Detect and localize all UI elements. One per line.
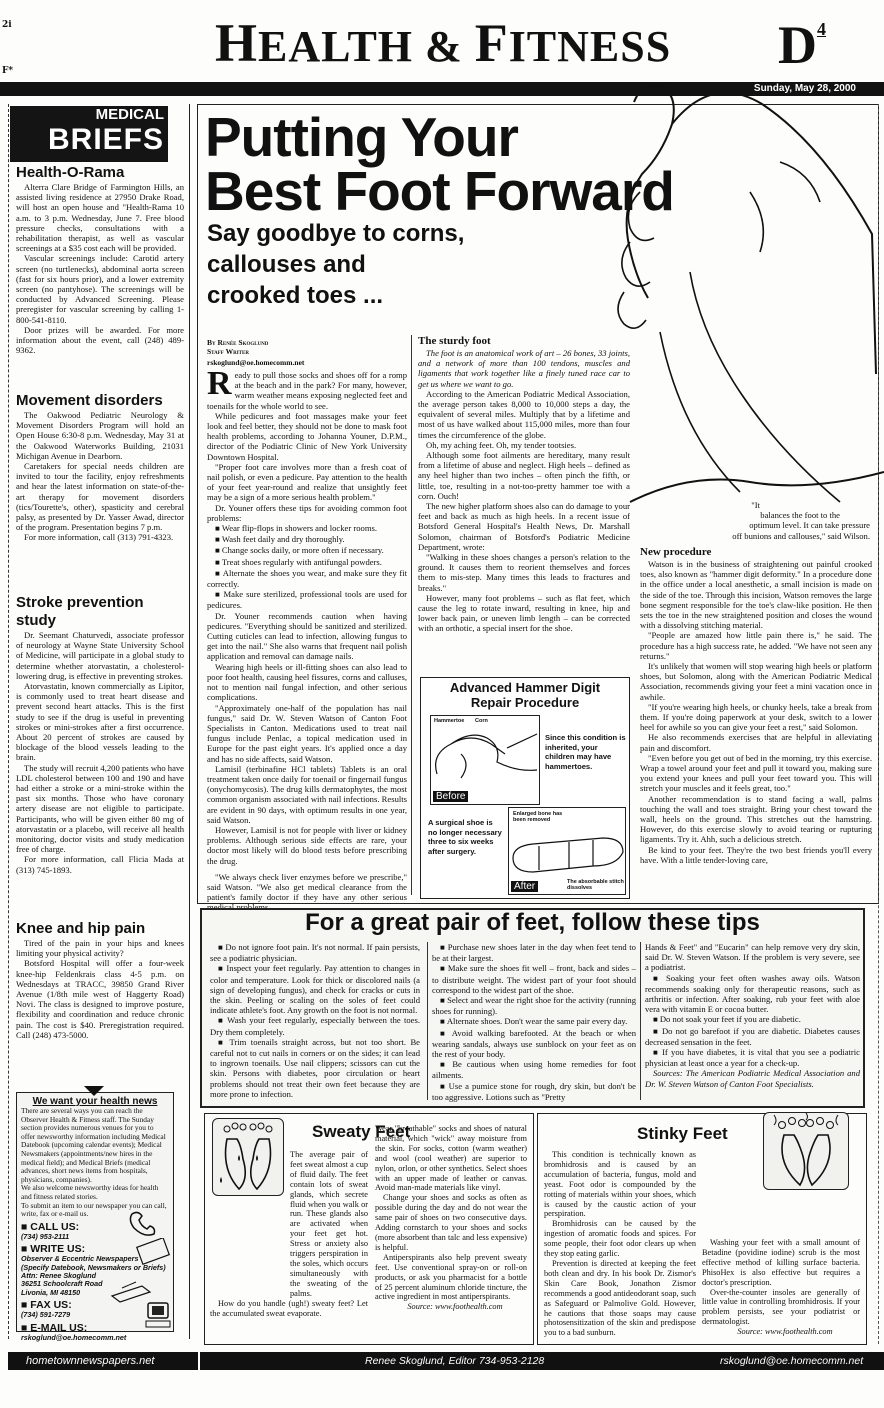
- brief-paragraph: Alterra Clare Bridge of Farmington Hills…: [16, 182, 184, 253]
- brief-movement-disorders: Movement disorders The Oakwood Pediatric…: [16, 392, 184, 543]
- story-paragraph: According to the American Podiatric Medi…: [418, 389, 630, 440]
- story-paragraph: He also recommends exercises that are he…: [640, 732, 872, 752]
- tip-item: Select and wear the right shoe for the a…: [432, 995, 636, 1016]
- margin-mark: F*: [2, 66, 13, 76]
- before-tag: Before: [433, 791, 468, 802]
- subhead-line: crooked toes ...: [207, 280, 464, 311]
- story-paragraph: "Proper foot care involves more than a f…: [207, 462, 407, 503]
- stinky-paragraph: Over-the-counter insoles are generally o…: [702, 1288, 860, 1328]
- brief-paragraph: Door prizes will be awarded. For more in…: [16, 325, 184, 356]
- tips-column-1: Do not ignore foot pain. It's not normal…: [210, 942, 420, 1099]
- quote-line: off bunions and callouses," said Wilson.: [665, 531, 870, 541]
- arrow-down-icon: [84, 1086, 104, 1096]
- envelope-icon: [135, 1238, 173, 1266]
- byline-role: Staff Writer: [207, 347, 268, 356]
- subsection-heading: The sturdy foot: [418, 335, 630, 348]
- tips-column-3: Hands & Feet" and "Eucarin" can help rem…: [645, 942, 860, 1089]
- page-digit: 4: [817, 19, 826, 39]
- surgical-shoe-note: A surgical shoe is no longer necessary t…: [428, 818, 504, 856]
- section-title: HEALTH & FITNESS: [215, 12, 671, 74]
- brief-stroke-prevention: Stroke prevention study Dr. Seemant Chat…: [16, 594, 184, 875]
- hammertoe-drawing: [431, 724, 539, 794]
- brief-heading: Movement disorders: [16, 392, 184, 410]
- quote-line: optimum level. It can take pressure: [665, 520, 870, 530]
- page-letter: D: [778, 15, 817, 75]
- byline: By Renée Skoglund Staff Writer: [207, 338, 268, 356]
- stinky-paragraph: Prevention is directed at keeping the fe…: [544, 1259, 696, 1338]
- banner-big-text: BRIEFS: [10, 124, 164, 156]
- column-divider: [640, 942, 641, 1100]
- title-initial: F: [475, 13, 509, 73]
- tip-bullet: Wear flip-flops in showers and locker ro…: [207, 523, 407, 534]
- story-paragraph: It's unlikely that women will stop weari…: [640, 661, 872, 702]
- story-paragraph: Dr. Youner recommends caution when havin…: [207, 611, 407, 662]
- story-paragraph: The foot is an anatomical work of art – …: [418, 348, 630, 389]
- story-paragraph: Another recommendation is to stand facin…: [640, 794, 872, 845]
- title-rest: ITNESS: [509, 22, 672, 71]
- banner-small-text: MEDICAL: [10, 106, 164, 124]
- pull-quote: "It balances the foot to the optimum lev…: [665, 500, 870, 541]
- sweaty-paragraph: Antiperspirants also help prevent sweaty…: [375, 1253, 527, 1303]
- tip-item: Purchase new shoes later in the day when…: [432, 942, 636, 963]
- byline-name: By Renée Skoglund: [207, 338, 268, 347]
- brief-heading: Health-O-Rama: [16, 164, 184, 182]
- brief-paragraph: Atorvastatin, known commercially as Lipi…: [16, 681, 184, 763]
- tip-bullet: Treat shoes regularly with antifungal po…: [207, 557, 407, 568]
- story-paragraph: Watson is in the business of straighteni…: [640, 559, 872, 630]
- tip-item: Be cautious when using home remedies for…: [432, 1059, 636, 1080]
- stinky-paragraph: Bromhidrosis can be caused by the ingest…: [544, 1219, 696, 1259]
- story-paragraph: Wearing high heels or ill-fitting shoes …: [207, 662, 407, 703]
- tip-item: Trim toenails straight across, but not t…: [210, 1037, 420, 1099]
- stinky-source: Source: www.foothealth.com: [702, 1327, 860, 1337]
- stinky-paragraph: This condition is technically known as b…: [544, 1150, 696, 1219]
- story-paragraph: However, Lamisil is not for people with …: [207, 825, 407, 866]
- brief-paragraph: Caretakers for special needs children ar…: [16, 461, 184, 532]
- story-paragraph: "Approximately one-half of the populatio…: [207, 703, 407, 764]
- computer-icon: [143, 1300, 173, 1330]
- website-footer[interactable]: hometownnewspapers.net: [8, 1352, 198, 1370]
- column-divider: [411, 335, 412, 895]
- email-link[interactable]: rskoglund@oe.homecomm.net: [21, 1334, 169, 1342]
- tip-item: If you have diabetes, it is vital that y…: [645, 1047, 860, 1068]
- headline: Putting Your Best Foot Forward: [205, 110, 674, 218]
- brief-paragraph: Dr. Seemant Chaturvedi, associate profes…: [16, 630, 184, 681]
- graphic-title-line: Advanced Hammer Digit: [420, 680, 630, 695]
- tip-bullet: Make sure sterilized, professional tools…: [207, 589, 407, 610]
- diagram-label: Enlarged bone has been removed: [513, 811, 573, 823]
- tip-item: Do not go barefoot if you are diabetic. …: [645, 1026, 860, 1047]
- tips-title: For a great pair of feet, follow these t…: [200, 908, 865, 938]
- story-paragraph: Although some foot ailments are heredita…: [418, 450, 630, 501]
- after-tag: After: [511, 881, 538, 892]
- stinky-feet-title: Stinky Feet: [637, 1124, 728, 1144]
- tips-sources: Sources: The American Podiatric Medical …: [645, 1068, 860, 1088]
- subhead-line: Say goodbye to corns,: [207, 218, 464, 249]
- tip-item: Alternate shoes. Don't wear the same pai…: [432, 1016, 636, 1027]
- title-amp: &: [413, 22, 475, 71]
- brief-paragraph: The study will recruit 4,200 patients wh…: [16, 763, 184, 855]
- stinky-column-2: Washing your feet with a small amount of…: [702, 1238, 860, 1337]
- column-divider: [427, 942, 428, 1100]
- story-paragraph: Lamisil (terbinafine HCl tablets) Tablet…: [207, 764, 407, 825]
- story-column-1: Ready to pull those socks and shoes off …: [207, 370, 407, 913]
- sweaty-source: Source: www.foothealth.com: [375, 1302, 527, 1312]
- tip-bullet: Alternate the shoes you wear, and make s…: [207, 568, 407, 589]
- title-rest: EALTH: [258, 22, 413, 71]
- title-initial: H: [215, 13, 258, 73]
- brief-health-o-rama: Health-O-Rama Alterra Clare Bridge of Fa…: [16, 164, 184, 355]
- subsection-heading: New procedure: [640, 546, 872, 559]
- medical-briefs-banner: MEDICAL BRIEFS: [10, 106, 168, 162]
- sweaty-column-2: Wear "breathable" socks and shoes of nat…: [375, 1124, 527, 1312]
- diagram-label: The absorbable stitch dissolves: [567, 879, 625, 891]
- after-diagram: Enlarged bone has been removed After The…: [508, 807, 626, 895]
- story-paragraph: Oh, my aching feet. Oh, my tender tootsi…: [418, 440, 630, 450]
- tip-item: Wash your feet regularly, especially bet…: [210, 1015, 420, 1036]
- story-paragraph: "People are amazed how little pain there…: [640, 630, 872, 661]
- tip-bullet: Change socks daily, or more often if nec…: [207, 545, 407, 556]
- tips-column-2: Purchase new shoes later in the day when…: [432, 942, 636, 1102]
- headline-line: Best Foot Forward: [205, 164, 674, 218]
- news-box-ideas: We also welcome newsworthy ideas for hea…: [21, 1184, 169, 1201]
- subhead-line: callouses and: [207, 249, 464, 280]
- page-edge: [878, 104, 881, 1344]
- tip-item: Do not ignore foot pain. It's not normal…: [210, 942, 420, 963]
- story-paragraph: Dr. Youner offers these tips for avoidin…: [207, 503, 407, 523]
- page-number: D4: [778, 14, 826, 76]
- tip-item: Soaking your feet often washes away oils…: [645, 973, 860, 1015]
- quote-line: balances the foot to the: [665, 510, 870, 520]
- brief-paragraph: For more information, call Flicia Mada a…: [16, 854, 184, 874]
- tip-item: Inspect your feet regularly. Pay attenti…: [210, 963, 420, 1015]
- brief-paragraph: For more information, call (313) 791-432…: [16, 532, 184, 542]
- sweaty-paragraph: Change your shoes and socks as often as …: [375, 1193, 527, 1252]
- tip-item: Hands & Feet" and "Eucarin" can help rem…: [645, 942, 860, 973]
- story-paragraph: "Walking in these shoes changes a person…: [418, 552, 630, 593]
- brief-paragraph: Vascular screenings include: Carotid art…: [16, 253, 184, 324]
- brief-paragraph: Botsford Hospital will offer a four-week…: [16, 958, 184, 1040]
- story-paragraph: "If you're wearing high heels, or chunky…: [640, 702, 872, 733]
- tip-item: Do not soak your feet if you are diabeti…: [645, 1014, 860, 1025]
- inherited-note: Since this condition is inherited, your …: [545, 733, 627, 771]
- brief-heading: Knee and hip pain: [16, 920, 184, 938]
- graphic-title-line: Repair Procedure: [420, 695, 630, 710]
- story-paragraph: The new higher platform shoes also can d…: [418, 501, 630, 552]
- brief-paragraph: Tired of the pain in your hips and knees…: [16, 938, 184, 958]
- drop-cap: R: [207, 370, 235, 398]
- brief-knee-hip-pain: Knee and hip pain Tired of the pain in y…: [16, 920, 184, 1040]
- margin-mark: 2i: [2, 20, 12, 30]
- sweaty-column-1: The average pair of feet sweat almost a …: [210, 1150, 368, 1318]
- news-box-intro: There are several ways you can reach the…: [21, 1107, 169, 1184]
- story-paragraph: Be kind to your feet. They're the two be…: [640, 845, 872, 865]
- editor-email[interactable]: rskoglund@oe.homecomm.net: [720, 1352, 863, 1370]
- story-paragraph: "Even before you get out of bed in the m…: [640, 753, 872, 794]
- stinky-feet-icon: [763, 1112, 849, 1190]
- straightened-toe-drawing: [509, 828, 625, 876]
- sweaty-paragraph: Wear "breathable" socks and shoes of nat…: [375, 1124, 527, 1193]
- before-diagram: Hammertoe Corn Before: [430, 715, 540, 805]
- editor-contact: Renee Skoglund, Editor 734-953-2128: [365, 1352, 544, 1370]
- story-column-3: New procedure Watson is in the business …: [640, 542, 872, 865]
- sweaty-paragraph: How do you handle (ugh!) sweaty feet? Le…: [210, 1299, 368, 1319]
- graphic-title: Advanced Hammer Digit Repair Procedure: [420, 680, 630, 710]
- story-paragraph: eady to pull those socks and shoes off f…: [207, 370, 407, 411]
- tip-item: Avoid walking barefooted. At the beach o…: [432, 1028, 636, 1060]
- subheadline: Say goodbye to corns, callouses and croo…: [207, 218, 464, 311]
- story-column-2: The sturdy foot The foot is an anatomica…: [418, 335, 630, 634]
- brief-heading: Stroke prevention study: [16, 594, 184, 630]
- tip-item: Make sure the shoes fit well – front, ba…: [432, 963, 636, 995]
- stinky-paragraph: Washing your feet with a small amount of…: [702, 1238, 860, 1288]
- brief-paragraph: The Oakwood Pediatric Neurology & Moveme…: [16, 410, 184, 461]
- tip-item: Use a pumice stone for rough, dry skin, …: [432, 1081, 636, 1102]
- story-paragraph: However, many foot problems – such as fl…: [418, 593, 630, 634]
- tip-bullet: Wash feet daily and dry thoroughly.: [207, 534, 407, 545]
- story-paragraph: "We always check liver enzymes before we…: [207, 872, 407, 913]
- phone-icon: [128, 1210, 170, 1238]
- stinky-column-1: This condition is technically known as b…: [544, 1150, 696, 1338]
- headline-line: Putting Your: [205, 110, 674, 164]
- sweaty-paragraph: The average pair of feet sweat almost a …: [210, 1150, 368, 1299]
- story-paragraph: While pedicures and foot massages make y…: [207, 411, 407, 462]
- quote-line: "It: [665, 500, 870, 510]
